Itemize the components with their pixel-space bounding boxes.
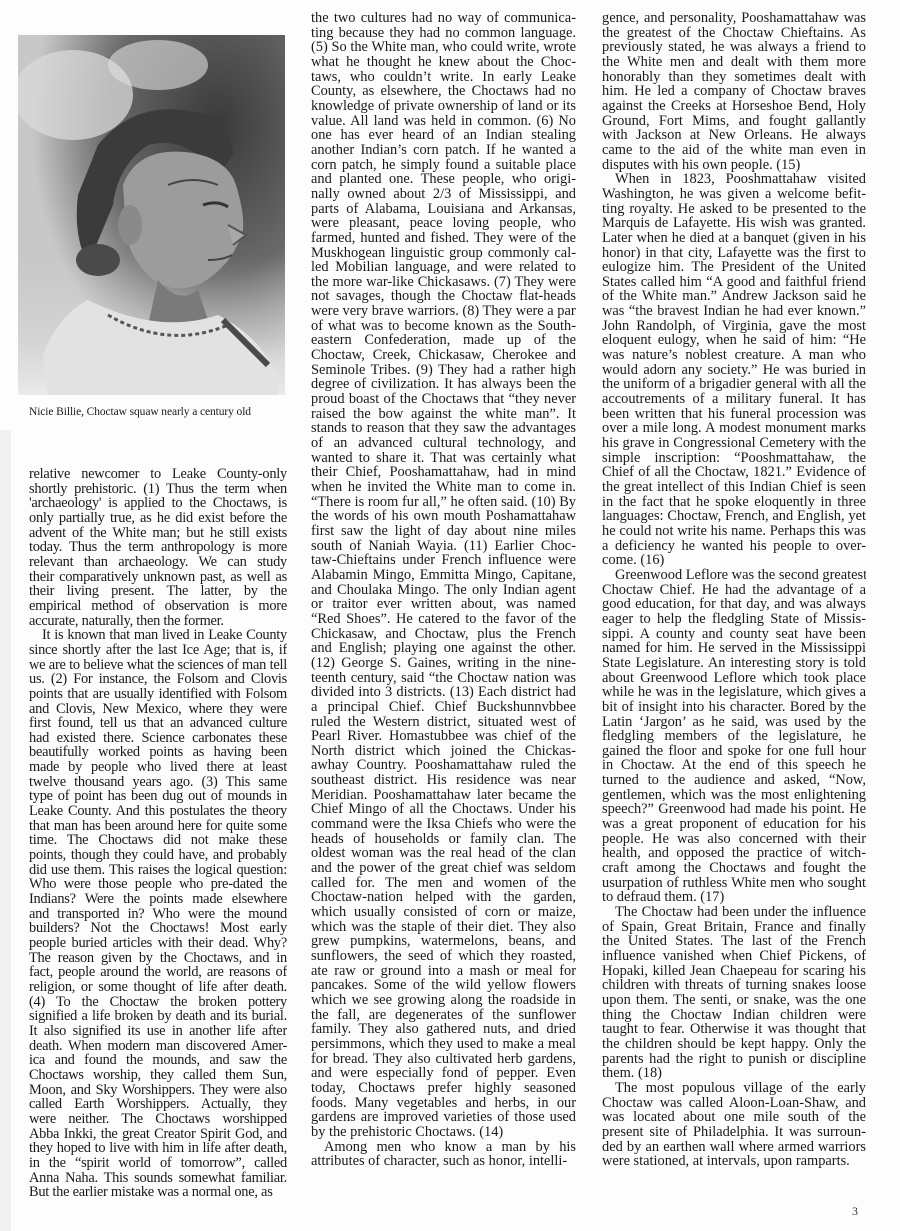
text-line: honorably than they sometimes dealt with: [602, 70, 866, 85]
text-line: with Jackson at New Orleans. He always: [602, 128, 866, 143]
text-line: made by people who lived there at least: [29, 760, 287, 775]
text-line: disputes with his own people. (15): [602, 158, 866, 173]
text-line: for bread. They also cultivated herb gar…: [311, 1052, 576, 1067]
text-line: farmed, hunted and fished. They were of …: [311, 231, 576, 246]
text-line: time. The Choctaws did not make these: [29, 833, 287, 848]
text-line: family. They also gathered nuts, and dri…: [311, 1022, 576, 1037]
text-line: points that are usually identified with …: [29, 687, 287, 702]
text-line: honor) in that city, Lafayette was the f…: [602, 246, 866, 261]
text-line: the fall, are degenerates of the sunflow…: [311, 1008, 576, 1023]
document-page: Nicie Billie, Choctaw squaw nearly a cen…: [0, 0, 900, 1231]
text-line: their comparatively unknown past, as wel…: [29, 570, 287, 585]
text-line: Marquis de Lafayette. His wish was grant…: [602, 216, 866, 231]
text-line: today. Thus the term anthropology is mor…: [29, 540, 287, 555]
paragraph: It is known that man lived in Leake Coun…: [29, 628, 287, 1200]
text-line: County, as elsewhere, the Choctaws had n…: [311, 84, 576, 99]
text-line: them. (18): [602, 1066, 866, 1081]
text-line: another Indian’s corn patch. If he wante…: [311, 143, 576, 158]
text-line: previously stated, he was always a frien…: [602, 40, 866, 55]
text-line: It is known that man lived in Leake Coun…: [29, 628, 287, 643]
page-edge-shadow: [0, 430, 11, 1231]
text-line: come. (16): [602, 553, 866, 568]
text-line: Abba Inkki, the great Creator Spirit God…: [29, 1127, 287, 1142]
text-line: led Mobilian language, and were related …: [311, 260, 576, 275]
text-line: named for him. He served in the Mississi…: [602, 641, 866, 656]
text-line: us. (2) For instance, the Folsom and Clo…: [29, 672, 287, 687]
text-line: when he invited the White man to come in…: [311, 480, 576, 495]
text-line: the words of his own mouth Poshamattahaw: [311, 509, 576, 524]
text-line: awhay Country. Pooshamattahaw ruled the: [311, 758, 576, 773]
text-line: eager to help the fledgling State of Mis…: [602, 612, 866, 627]
text-line: Leake County. And this postulates the th…: [29, 804, 287, 819]
text-line: John Randolph, of Virginia, gave the mos…: [602, 319, 866, 334]
text-line: eulogize him. The President of the Unite…: [602, 260, 866, 275]
text-line: foods. Many vegetables and herbs, in our: [311, 1096, 576, 1111]
text-line: and the power of the great chief was sel…: [311, 861, 576, 876]
text-line: in Choctaw. At the end of this speech he: [602, 758, 866, 773]
text-column-2: the two cultures had no way of communica…: [311, 11, 576, 1169]
text-line: The most populous village of the early: [602, 1081, 866, 1096]
text-line: called for. The men and women of the: [311, 876, 576, 891]
text-line: Chickasaw, and Choctaw, plus the French: [311, 627, 576, 642]
text-line: he could not write his name. Perhaps thi…: [602, 524, 866, 539]
text-line: Anna Naha. This sounds somewhat familiar…: [29, 1171, 287, 1186]
text-column-1: relative newcomer to Leake County-onlysh…: [29, 467, 287, 1200]
text-line: (5) So the White man, who could write, w…: [311, 40, 576, 55]
text-line: shortly prehistoric. (1) Thus the term w…: [29, 482, 287, 497]
text-line: first found, tell us that an advanced cu…: [29, 716, 287, 731]
text-line: by the prehistoric Choctaws. (14): [311, 1125, 576, 1140]
text-line: gence, and personality, Pooshamattahaw w…: [602, 11, 866, 26]
text-line: Latin ‘Jargon’ as he said, was used by t…: [602, 715, 866, 730]
text-line: raised the bow against the white man”. I…: [311, 407, 576, 422]
text-line: against the Creeks at Horseshoe Bend, Ho…: [602, 99, 866, 114]
text-line: twelve thousand years ago. (3) This same: [29, 775, 287, 790]
text-line: of Spain, Great Britain, France and fina…: [602, 920, 866, 935]
text-line: fact, people around the world, are reaso…: [29, 965, 287, 980]
text-line: which we see growing along the roadside …: [311, 993, 576, 1008]
text-line: Meridian. Pooshamattahaw later became th…: [311, 788, 576, 803]
paragraph: The most populous village of the earlyCh…: [602, 1081, 866, 1169]
text-line: him. He led a company of Choctaw braves: [602, 84, 866, 99]
text-line: Choctaws worship, they called them Sun,: [29, 1068, 287, 1083]
portrait-image: [18, 35, 285, 395]
text-line: simple inscription: “Pooshmattahaw, the: [602, 451, 866, 466]
text-line: Chief of all the Choctaw, 1821.” Evidenc…: [602, 465, 866, 480]
text-line: taught to fear. Otherwise it was thought…: [602, 1022, 866, 1037]
text-line: south of Naniah Wayia. (11) Earlier Choc…: [311, 539, 576, 554]
text-line: what he thought he knew about the Choc-: [311, 55, 576, 70]
text-line: was a great proponent of education for h…: [602, 817, 866, 832]
text-line: were stationed, at intervals, upon rampa…: [602, 1154, 866, 1169]
photo-caption: Nicie Billie, Choctaw squaw nearly a cen…: [29, 406, 291, 418]
text-line: religion, or some thought of life after …: [29, 980, 287, 995]
text-line: States called him “A good and faithful f…: [602, 275, 866, 290]
text-line: they hoped to live with him in life afte…: [29, 1141, 287, 1156]
text-line: grew pumpkins, watermelons, beans, and: [311, 934, 576, 949]
text-line: ica and found the mounds, and saw the: [29, 1053, 287, 1068]
text-line: health, and opposed the practice of witc…: [602, 846, 866, 861]
text-line: But the earlier mistake was a normal one…: [29, 1185, 287, 1200]
text-line: Pearl River. Homastubbee was chief of th…: [311, 729, 576, 744]
text-line: his grave in Congressional Cemetery with…: [602, 436, 866, 451]
paragraph: When in 1823, Pooshmattahaw visitedWashi…: [602, 172, 866, 568]
text-line: did use them. This raises the logical qu…: [29, 863, 287, 878]
text-line: one has ever heard of an Indian stealing: [311, 128, 576, 143]
text-line: called Earth Worshippers. Actually, they: [29, 1097, 287, 1112]
text-line: was “the bravest Indian he had ever know…: [602, 304, 866, 319]
text-line: signified a life broken by death and its…: [29, 1009, 287, 1024]
text-line: pancakes. Some of the wild yellow flower…: [311, 978, 576, 993]
text-line: sunflowers, the seed of which they roast…: [311, 949, 576, 964]
text-line: bit of insight into his character. Bored…: [602, 700, 866, 715]
text-line: divided into 3 districts. (13) Each dist…: [311, 685, 576, 700]
text-line: of what was to become known as the South…: [311, 319, 576, 334]
text-line: came to the aid of the white man even in: [602, 143, 866, 158]
text-line: languages: Choctaw, French, and English,…: [602, 509, 866, 524]
text-line: beautifully worked points as having been: [29, 745, 287, 760]
text-line: ting royalty. He asked to be presented t…: [602, 202, 866, 217]
text-line: Chief Mingo of all the Choctaws. Under h…: [311, 802, 576, 817]
text-line: would adorn any society.” He was buried …: [602, 363, 866, 378]
text-line: influence vanished when Chief Pickens, o…: [602, 949, 866, 964]
text-line: not savages, though the Choctaw flat-hea…: [311, 289, 576, 304]
text-line: (4) To the Choctaw the broken pottery: [29, 995, 287, 1010]
text-line: fledgling members of the legislature, he: [602, 729, 866, 744]
text-line: was located about one mile south of the: [602, 1110, 866, 1125]
text-line: and planted one. These people, who origi…: [311, 172, 576, 187]
text-line: persimmons, which they used to make a me…: [311, 1037, 576, 1052]
text-line: points, though they could have, and prob…: [29, 848, 287, 863]
text-line: people. He was also concerned with their: [602, 832, 866, 847]
text-line: speech?” Greenwood had made his point. H…: [602, 802, 866, 817]
text-line: gained the floor and spoke for one full …: [602, 744, 866, 759]
text-line: the children should be kept happy. Only …: [602, 1037, 866, 1052]
text-line: 'archaeology' is applied to the Choctaws…: [29, 496, 287, 511]
text-line: (12) George S. Gaines, writing in the ni…: [311, 656, 576, 671]
text-line: The reason given by the Choctaws, and in: [29, 951, 287, 966]
text-line: taw-Chieftains under French influence we…: [311, 553, 576, 568]
text-line: and transported in? Who were the mound: [29, 907, 287, 922]
text-line: the United States. The last of the Frenc…: [602, 934, 866, 949]
text-line: wanted to share it. That was certainly w…: [311, 451, 576, 466]
text-line: It also signified its use in another lif…: [29, 1024, 287, 1039]
text-line: the greatest of the Choctaw Chieftains. …: [602, 26, 866, 41]
paragraph: Greenwood Leflore was the second greates…: [602, 568, 866, 905]
text-line: oldest woman was the real head of the cl…: [311, 846, 576, 861]
text-line: parts of Alabama, Louisiana and Arkansas…: [311, 202, 576, 217]
text-line: and English; playing one against the oth…: [311, 641, 576, 656]
text-line: advent of the White man; but he still ex…: [29, 526, 287, 541]
text-line: the great intellect of this Indian Chief…: [602, 480, 866, 495]
text-line: proud boast of the Choctaws that “they n…: [311, 392, 576, 407]
text-line: relevant than archaeology. We can study: [29, 555, 287, 570]
text-line: heads of households or family clan. The: [311, 832, 576, 847]
text-line: in the “spirit world of tomorrow”, calle…: [29, 1156, 287, 1171]
text-line: since shortly after the last Ice Age; th…: [29, 643, 287, 658]
text-line: of the White man.” Andrew Jackson said h…: [602, 289, 866, 304]
text-line: nally owned about 2/3 of Mississippi, an…: [311, 187, 576, 202]
text-line: Alabamin Mingo, Emmitta Mingo, Capitane,: [311, 568, 576, 583]
text-line: eastern Confederation, made up of the: [311, 333, 576, 348]
text-line: sippi. A county and county seat have bee…: [602, 627, 866, 642]
text-line: corn patch, he simply found a suitable p…: [311, 158, 576, 173]
text-line: the more war-like Chickasaws. (7) They w…: [311, 275, 576, 290]
paragraph: The Choctaw had been under the influence…: [602, 905, 866, 1081]
text-line: Muskhogean linguistic group commonly cal…: [311, 246, 576, 261]
text-line: and Choulaka Mingo. The only Indian agen…: [311, 583, 576, 598]
text-line: good education, for that day, and was al…: [602, 597, 866, 612]
text-line: accurate, naturally, then the former.: [29, 614, 287, 629]
text-line: Choctaw was called Aloon-Loan-Shaw, and: [602, 1096, 866, 1111]
text-line: Who were those people who pre-dated the: [29, 877, 287, 892]
text-line: When in 1823, Pooshmattahaw visited: [602, 172, 866, 187]
text-line: upon them. The senti, or snake, was the …: [602, 993, 866, 1008]
text-line: value. All land was held in common. (6) …: [311, 114, 576, 129]
text-line: type of point has been dug out of mounds…: [29, 789, 287, 804]
text-line: the White men and dealt with them more: [602, 55, 866, 70]
text-line: “There is room fur all,” he often said. …: [311, 495, 576, 510]
text-line: about Greenwood Leflore which took place: [602, 671, 866, 686]
text-line: thing the Choctaw Indian children were: [602, 1008, 866, 1023]
text-line: and were especially fond of pepper. Even: [311, 1066, 576, 1081]
text-line: builders? Not the Choctaws! Most early: [29, 921, 287, 936]
text-line: children with threats of turning snakes …: [602, 978, 866, 993]
text-line: Among men who know a man by his: [311, 1140, 576, 1155]
text-column-3: gence, and personality, Pooshamattahaw w…: [602, 11, 866, 1169]
text-line: “Red Shoes”. He catered to the favor of …: [311, 612, 576, 627]
text-line: Seminole Tribes. (9) They had a rather h…: [311, 363, 576, 378]
text-line: a deficiency he wanted his people to ove…: [602, 539, 866, 554]
text-line: a principal Chief. Chief Buckshunnvbbee: [311, 700, 576, 715]
text-line: Washington, he was given a welcome befit…: [602, 187, 866, 202]
text-line: that man has been around here for quite …: [29, 819, 287, 834]
text-line: craft among the Choctaws and fought the: [602, 861, 866, 876]
text-line: taws, who couldn’t write. In early Leake: [311, 70, 576, 85]
page-number: 3: [852, 1204, 858, 1219]
paragraph: gence, and personality, Pooshamattahaw w…: [602, 11, 866, 172]
text-line: which was the staple of their diet. They…: [311, 920, 576, 935]
text-line: Ground, Fort Mims, and fought gallantly: [602, 114, 866, 129]
text-line: were neither. The Choctaws worshipped: [29, 1112, 287, 1127]
text-line: we are to believe what the sciences of m…: [29, 658, 287, 673]
text-line: The Choctaw had been under the influence: [602, 905, 866, 920]
text-line: usurpation of ruthless White men who sou…: [602, 876, 866, 891]
text-line: empirical method of observation is more: [29, 599, 287, 614]
text-line: relative newcomer to Leake County-only: [29, 467, 287, 482]
text-line: ruled the Western district, situated wes…: [311, 715, 576, 730]
text-line: parents had the right to punish or disci…: [602, 1052, 866, 1067]
text-line: ting because they had no common language…: [311, 26, 576, 41]
text-line: degree of civilization. It has always be…: [311, 377, 576, 392]
text-line: present site of Philadelphia. It was sur…: [602, 1125, 866, 1140]
text-line: was nature’s noblest creature. A man who: [602, 348, 866, 363]
text-line: turned to the audience and asked, “Now,: [602, 773, 866, 788]
text-line: Later when he died at a banquet (given i…: [602, 231, 866, 246]
text-line: first saw the light of day about nine mi…: [311, 524, 576, 539]
text-line: Indians? Were the points made elsewhere: [29, 892, 287, 907]
text-line: accoutrements of a military funeral. It …: [602, 392, 866, 407]
text-line: attributes of character, such as honor, …: [311, 1154, 576, 1169]
paragraph: relative newcomer to Leake County-onlysh…: [29, 467, 287, 628]
paragraph: the two cultures had no way of communica…: [311, 11, 576, 1140]
text-line: of an advanced cultural technology, and: [311, 436, 576, 451]
text-line: been written that his funeral procession…: [602, 407, 866, 422]
text-line: eloquent eulogy, when he said of him: “H…: [602, 333, 866, 348]
text-line: which usually consisted of corn or maize…: [311, 905, 576, 920]
portrait-photo: [18, 35, 285, 395]
text-line: the two cultures had no way of communica…: [311, 11, 576, 26]
text-line: southeast district. His residence was ne…: [311, 773, 576, 788]
text-line: the uniform of a brigadier general with …: [602, 377, 866, 392]
text-line: gardens are improved varieties of those …: [311, 1110, 576, 1125]
text-line: or traitor ever written about, was named: [311, 597, 576, 612]
text-line: Choctaw-nation helped with the garden,: [311, 890, 576, 905]
text-line: today, Choctaws prefer highly seasoned: [311, 1081, 576, 1096]
text-line: and Clovis, New Mexico, where they were: [29, 702, 287, 717]
text-line: stands to reason that they saw the advan…: [311, 421, 576, 436]
text-line: Hopaki, killed Jean Chaepeau for scaring…: [602, 964, 866, 979]
text-line: ate raw or ground into a mash or meal fo…: [311, 964, 576, 979]
text-line: people buried articles with their dead. …: [29, 936, 287, 951]
text-line: gentlemen, which was the most enlighteni…: [602, 788, 866, 803]
text-line: ded by an earthen wall where armed warri…: [602, 1140, 866, 1155]
text-line: North district which joined the Chickas-: [311, 744, 576, 759]
text-line: to defraud them. (17): [602, 890, 866, 905]
text-line: Greenwood Leflore was the second greates…: [602, 568, 866, 583]
text-line: Choctaw Chief. He had the advantage of a: [602, 583, 866, 598]
text-line: teenth century, said “the Choctaw nation…: [311, 671, 576, 686]
text-line: knowledge of private ownership of land o…: [311, 99, 576, 114]
text-line: in the fact that he spoke eloquently in …: [602, 495, 866, 510]
text-line: had existed there. Science carbonates th…: [29, 731, 287, 746]
text-line: while he was in the legislature, which g…: [602, 685, 866, 700]
text-line: State Legislature. An interesting story …: [602, 656, 866, 671]
paragraph: Among men who know a man by hisattribute…: [311, 1140, 576, 1169]
text-line: only partially true, as he did exist bef…: [29, 511, 287, 526]
text-line: command were the Iksa Chiefs who were th…: [311, 817, 576, 832]
text-line: death. When modern man discovered Amer-: [29, 1039, 287, 1054]
text-line: their Chief, Pooshamattahaw, had in mind: [311, 465, 576, 480]
text-line: were pleasant, peace loving people, who: [311, 216, 576, 231]
text-line: Choctaw, Creek, Chickasaw, Cherokee and: [311, 348, 576, 363]
text-line: their living present. The latter, by the: [29, 584, 287, 599]
text-line: were very brave warriors. (8) They were …: [311, 304, 576, 319]
text-line: over a mile long. A modest monument mark…: [602, 421, 866, 436]
text-line: Moon, and Sky Worshippers. They were als…: [29, 1083, 287, 1098]
